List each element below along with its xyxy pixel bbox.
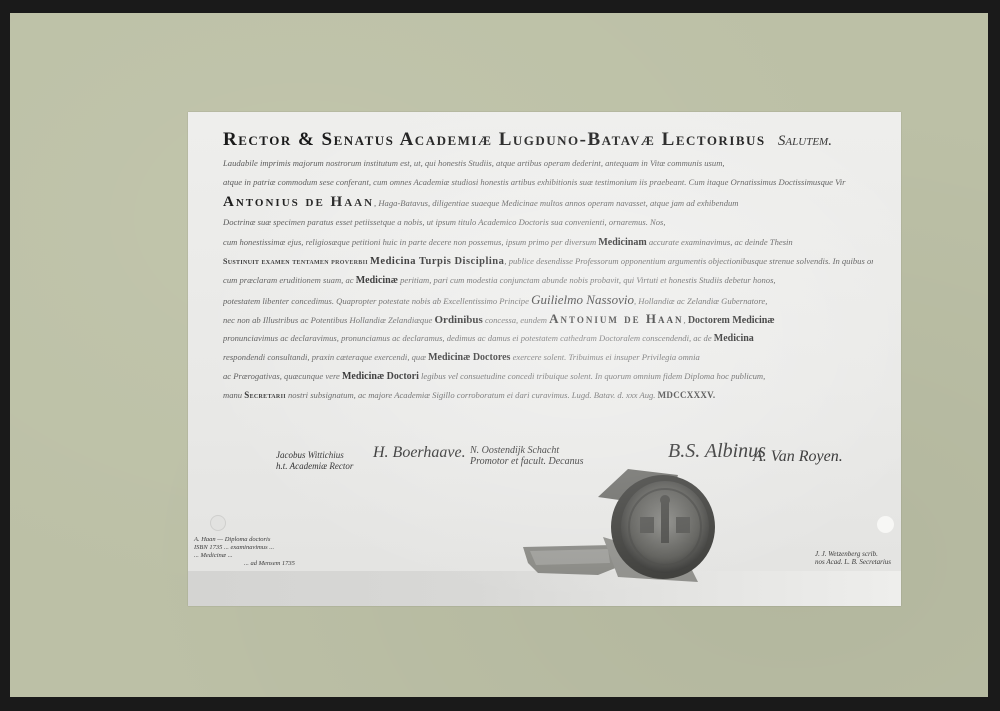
body-line: pronunciavimus ac declaravimus, pronunci… — [223, 329, 873, 348]
text: respondendi consultandi, praxin cæteraqu… — [223, 352, 426, 362]
date-roman: MDCCXXXV. — [658, 390, 716, 400]
bold-term: Medicinæ Doctores — [428, 352, 510, 363]
text: nostri subsignatum, ac majore Academiæ S… — [288, 390, 655, 400]
text: Sustinuit examen tentamen proverbii — [223, 257, 368, 266]
candidate-name: Antonius de Haan — [223, 194, 374, 210]
bold-term: Medicinæ — [356, 275, 398, 286]
signature-name: H. Boerhaave. — [373, 444, 466, 461]
note-left: A. Haan — Diploma doctoris ISBN 1735 ...… — [194, 536, 295, 568]
bold-term: Doctorem Medicinæ — [688, 315, 775, 326]
text: Laudabile imprimis majorum nostrorum ins… — [223, 158, 725, 168]
body-line: atque in patriæ commodum sese conferant,… — [223, 173, 873, 192]
signature-wittichius: Jacobus Wittichius h.t. Academiæ Rector — [276, 450, 353, 472]
text: manu — [223, 390, 242, 400]
text: ac Prærogativas, quæcunque vere — [223, 371, 340, 381]
note-line: ISBN 1735 ... examinavimus ... — [194, 544, 295, 552]
bold-term: Ordinibus — [435, 314, 483, 326]
signature-van-royen: A. Van Royen. — [753, 448, 843, 466]
text: , Hollandiæ ac Zelandiæ Gubernatore, — [634, 296, 767, 306]
text: accurate examinavimus, ac deinde Thesin — [649, 237, 793, 247]
signature-name: A. Van Royen. — [753, 448, 843, 465]
body-line: Sustinuit examen tentamen proverbii Medi… — [223, 252, 873, 271]
body-line: nec non ab Illustribus ac Potentibus Hol… — [223, 309, 873, 328]
text: peritiam, pari cum modestia conjunctam a… — [400, 275, 775, 285]
diploma-body: Laudabile imprimis majorum nostrorum ins… — [223, 154, 873, 405]
text: , publice desendisse Professorum opponen… — [504, 256, 873, 266]
signature-name: Jacobus Wittichius — [276, 450, 353, 461]
glare-spot-icon — [877, 516, 894, 533]
mount-board: Rector & Senatus Academiæ Lugduno-Batavæ… — [10, 13, 988, 697]
text: concessa, eundem — [485, 315, 547, 325]
body-line: Antonius de Haan, Haga-Batavus, diligent… — [223, 192, 873, 213]
diploma-photograph: Rector & Senatus Academiæ Lugduno-Batavæ… — [188, 112, 901, 606]
signature-oostendijk: N. Oostendijk Schacht Promotor et facult… — [470, 445, 584, 467]
body-line: respondendi consultandi, praxin cæteraqu… — [223, 348, 873, 367]
signature-albinus: B.S. Albinus — [668, 440, 766, 463]
body-line: ac Prærogativas, quæcunque vere Medicinæ… — [223, 367, 873, 386]
body-line: Laudabile imprimis majorum nostrorum ins… — [223, 154, 873, 173]
body-line: cum honestissimæ ejus, religiosæque peti… — [223, 233, 873, 252]
body-line: potestatem libenter concedimus. Quapropt… — [223, 290, 873, 309]
text: pronunciavimus ac declaravimus, pronunci… — [223, 333, 712, 343]
signature-name: B.S. Albinus — [668, 440, 766, 462]
text: , Haga-Batavus, diligentiae suaeque Medi… — [374, 198, 538, 208]
note-line: A. Haan — Diploma doctoris — [194, 536, 295, 544]
candidate-name: Antonium de Haan — [549, 311, 683, 326]
thesis-title: Medicina Turpis Disciplina — [370, 256, 504, 267]
text: , — [684, 315, 686, 325]
text: potestatem libenter concedimus. Quapropt… — [223, 296, 529, 306]
prince-name: Guilielmo Nassovio — [531, 292, 634, 307]
note-right: J. J. Wetzenberg scrib. nos Acad. L. B. … — [815, 550, 891, 566]
diploma-title: Rector & Senatus Academiæ Lugduno-Batavæ… — [223, 129, 832, 151]
signature-title: Promotor et facult. Decanus — [470, 456, 584, 467]
note-line: J. J. Wetzenberg scrib. — [815, 550, 891, 558]
text: Doctrinæ suæ specimen paratus esset peti… — [223, 217, 666, 227]
stamp-mark-icon — [210, 515, 226, 531]
text: legibus vel consuetudine concedi tribuiq… — [421, 371, 765, 381]
text: Secretarii — [244, 390, 286, 400]
text: exercere solent. Tribuimus ei insuper Pr… — [513, 352, 700, 362]
note-line: ... Medicinæ ... — [194, 552, 295, 560]
text: atque in patriæ commodum sese conferant,… — [223, 177, 845, 187]
signature-title: h.t. Academiæ Rector — [276, 461, 353, 472]
text: multos annos operam navasset, atque jam … — [540, 198, 739, 208]
text: cum honestissimæ ejus, religiosæque peti… — [223, 237, 596, 247]
body-line: Doctrinæ suæ specimen paratus esset peti… — [223, 213, 873, 232]
title-main: Rector & Senatus Academiæ Lugduno-Batavæ… — [223, 129, 766, 150]
bold-term: Medicinam — [598, 237, 646, 248]
wax-seal-icon — [518, 467, 728, 587]
note-line: nos Acad. L. B. Secretarius — [815, 558, 891, 566]
text: nec non ab Illustribus ac Potentibus Hol… — [223, 315, 432, 325]
title-salutem: Salutem. — [778, 133, 832, 149]
bold-term: Medicina — [714, 333, 754, 344]
note-line: ... ad Mensem 1735 — [194, 560, 295, 568]
text: cum præclaram eruditionem suam, ac — [223, 275, 354, 285]
bold-term: Medicinæ Doctori — [342, 371, 419, 382]
signature-name: N. Oostendijk Schacht — [470, 445, 584, 456]
body-line: manu Secretarii nostri subsignatum, ac m… — [223, 386, 873, 405]
body-line: cum præclaram eruditionem suam, ac Medic… — [223, 271, 873, 290]
signature-boerhaave: H. Boerhaave. — [373, 444, 466, 462]
